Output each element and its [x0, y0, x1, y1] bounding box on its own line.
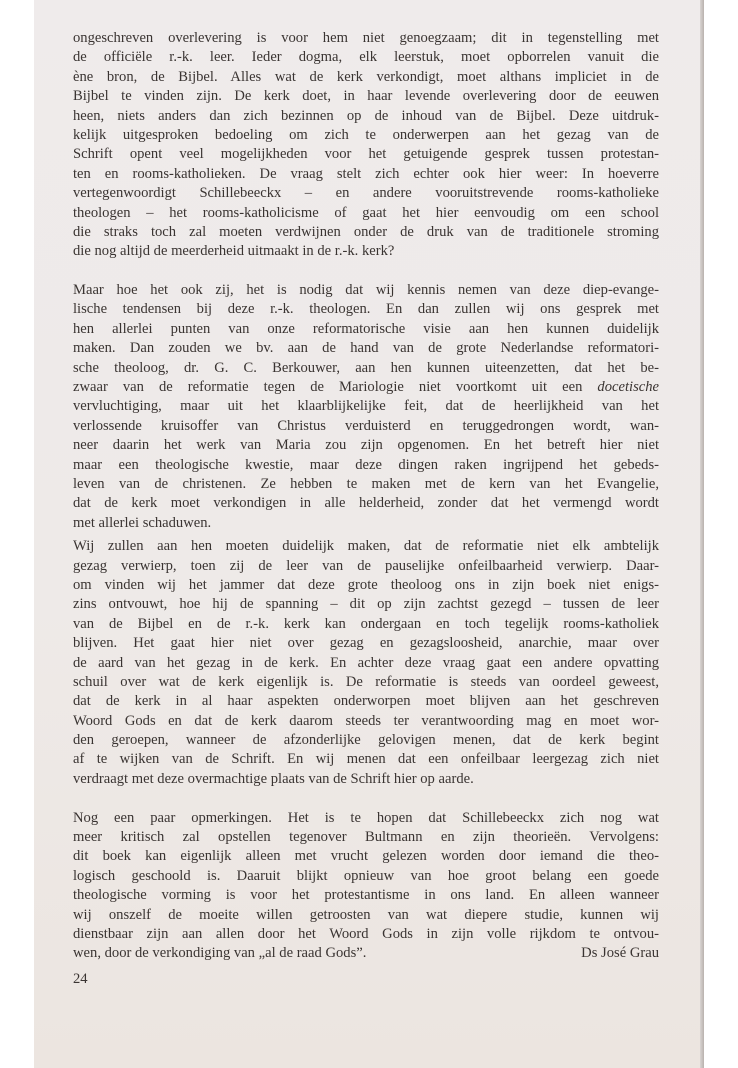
closing-line: wen, door de verkondiging van „al de raa… [73, 944, 659, 963]
text-line: Maar hoe het ook zij, het is nodig dat w… [73, 281, 659, 300]
text-line: van de Bijbel en de r.-k. kerk kan onder… [73, 615, 659, 634]
text-line: sche theoloog, dr. G. C. Berkouwer, aan … [73, 359, 659, 378]
text-line: blijven. Het gaat hier niet over gezag e… [73, 634, 659, 653]
text-line: die nog altijd de meerderheid uitmaakt i… [73, 242, 659, 261]
author-signature: Ds José Grau [581, 944, 659, 963]
text-line: vertegenwoordigt Schillebeeckx – en ande… [73, 184, 659, 203]
text-line: Bijbel te vinden zijn. De kerk doet, in … [73, 87, 659, 106]
paragraph-2: Maar hoe het ook zij, het is nodig dat w… [73, 281, 659, 533]
text-line: de officiële r.-k. leer. Ieder dogma, el… [73, 48, 659, 67]
text-line: neer daarin het werk van Maria zou zijn … [73, 436, 659, 455]
text-line: wij onszelf de moeite willen getroosten … [73, 906, 659, 925]
text-line: af te wijken van de Schrift. En wij mene… [73, 750, 659, 769]
text-line: verlossende kruisoffer van Christus verd… [73, 417, 659, 436]
page-text: ongeschreven overlevering is voor hem ni… [73, 29, 659, 989]
text-line: hen allerlei punten van onze reformatori… [73, 320, 659, 339]
text-line: dat de kerk moet verkondigen in alle hel… [73, 494, 659, 513]
text-line: theologen – het rooms-katholicisme of ga… [73, 204, 659, 223]
text-line: vervluchtiging, maar uit het klaarblijke… [73, 397, 659, 416]
text-line: maar een theologische kwestie, maar deze… [73, 456, 659, 475]
text-line: verdraagt met deze overmachtige plaats v… [73, 770, 659, 789]
text-line: meer kritisch zal opstellen tegenover Bu… [73, 828, 659, 847]
text-line: dienstbaar zijn aan allen door het Woord… [73, 925, 659, 944]
text-line: lische tendensen bij deze r.-k. theologe… [73, 300, 659, 319]
text-line: ten en rooms-katholieken. De vraag stelt… [73, 165, 659, 184]
text-line: theologische vorming is voor het protest… [73, 886, 659, 905]
page-number: 24 [73, 970, 659, 989]
text-line: dat de kerk in al haar aspekten onderwor… [73, 692, 659, 711]
text-line: kelijk uitgesproken bedoeling om zich te… [73, 126, 659, 145]
text-line: die straks toch zal moeten verdwijnen on… [73, 223, 659, 242]
paragraph-3: Wij zullen aan hen moeten duidelijk make… [73, 537, 659, 789]
text-line: ène bron, de Bijbel. Alles wat de kerk v… [73, 68, 659, 87]
text-line: zins ontvouwt, hoe hij de spanning – dit… [73, 595, 659, 614]
text-line: heen, niets anders dan zich bezinnen op … [73, 107, 659, 126]
text-line: ongeschreven overlevering is voor hem ni… [73, 29, 659, 48]
text-line: dit boek kan eigenlijk alleen met vrucht… [73, 847, 659, 866]
text-line: de aard van het gezag in de kerk. En ach… [73, 654, 659, 673]
text-line: met allerlei schaduwen. [73, 514, 659, 533]
text-line: om vinden wij het jammer dat deze grote … [73, 576, 659, 595]
text-line: gezag verwierp, toen zij de leer van de … [73, 557, 659, 576]
text-line: den geroepen, wanneer de afzonderlijke g… [73, 731, 659, 750]
italic-term: docetische [597, 379, 659, 395]
text-line: Schrift opent veel mogelijkheden voor he… [73, 145, 659, 164]
text-line: Nog een paar opmerkingen. Het is te hope… [73, 809, 659, 828]
paragraph-4: Nog een paar opmerkingen. Het is te hope… [73, 809, 659, 945]
closing-text: wen, door de verkondiging van „al de raa… [73, 944, 366, 963]
text-line: schuil over wat de kerk eigenlijk is. De… [73, 673, 659, 692]
text-line: leven van de christenen. Ze hebben te ma… [73, 475, 659, 494]
text-line: Wij zullen aan hen moeten duidelijk make… [73, 537, 659, 556]
page-edge-shadow [700, 0, 704, 1068]
text-line: maken. Dan zouden we bv. aan de hand van… [73, 339, 659, 358]
text-line: Woord Gods en dat de kerk daarom steeds … [73, 712, 659, 731]
paragraph-1: ongeschreven overlevering is voor hem ni… [73, 29, 659, 262]
text-line: logisch geschoold is. Daaruit blijkt opn… [73, 867, 659, 886]
text-line: zwaar van de reformatie tegen de Mariolo… [73, 378, 659, 397]
